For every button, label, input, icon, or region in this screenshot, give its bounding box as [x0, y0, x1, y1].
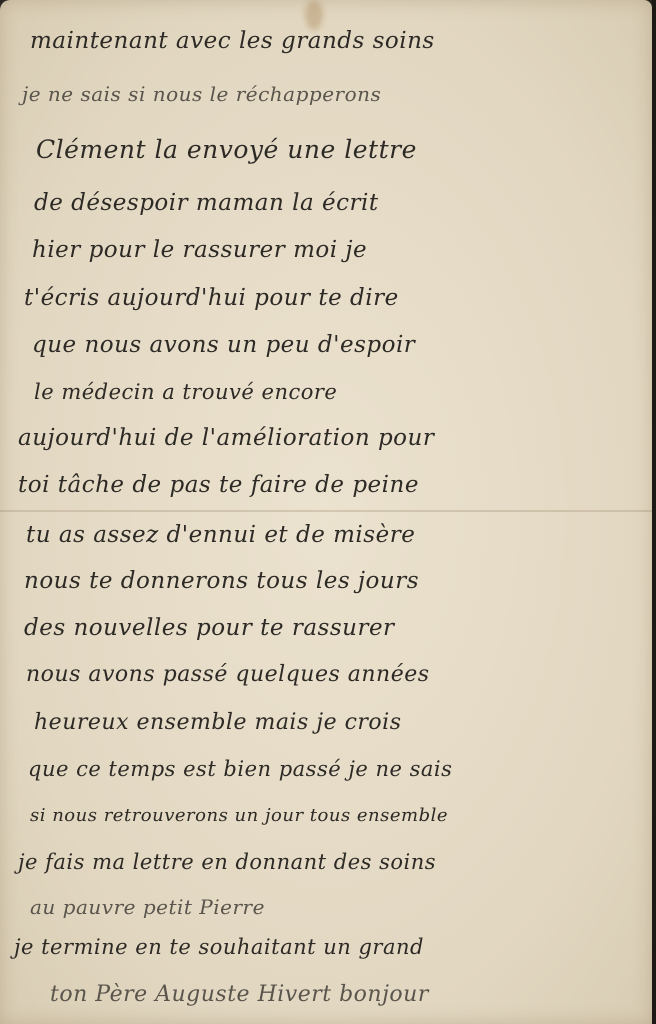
letter-line: le médecin a trouvé encore	[34, 380, 337, 404]
letter-page: maintenant avec les grands soins je ne s…	[0, 0, 652, 1024]
letter-line: nous te donnerons tous les jours	[24, 568, 419, 594]
letter-line: que ce temps est bien passé je ne sais	[28, 757, 452, 781]
page-edge-shadow	[652, 0, 656, 1024]
letter-line: Clément la envoyé une lettre	[36, 135, 417, 164]
letter-line: hier pour le rassurer moi je	[32, 237, 367, 263]
letter-line: si nous retrouverons un jour tous ensemb…	[30, 805, 448, 826]
letter-line: je termine en te souhaitant un grand	[14, 935, 424, 959]
letter-line: que nous avons un peu d'espoir	[32, 332, 415, 358]
letter-line: tu as assez d'ennui et de misère	[26, 522, 415, 548]
letter-line: au pauvre petit Pierre	[30, 895, 265, 919]
paper-fold-line	[0, 510, 652, 512]
letter-line: aujourd'hui de l'amélioration pour	[18, 425, 434, 451]
letter-line: maintenant avec les grands soins	[30, 28, 435, 54]
paper-stain	[305, 0, 323, 30]
letter-line: je ne sais si nous le réchapperons	[22, 82, 381, 106]
letter-line: t'écris aujourd'hui pour te dire	[24, 285, 399, 311]
letter-line: nous avons passé quelques années	[26, 662, 430, 687]
letter-signature-line: ton Père Auguste Hivert bonjour	[50, 982, 429, 1007]
letter-line: heureux ensemble mais je crois	[34, 710, 402, 735]
letter-line: je fais ma lettre en donnant des soins	[18, 850, 436, 874]
letter-line: de désespoir maman la écrit	[34, 190, 379, 216]
letter-line: toi tâche de pas te faire de peine	[18, 472, 419, 498]
letter-line: des nouvelles pour te rassurer	[24, 615, 395, 641]
